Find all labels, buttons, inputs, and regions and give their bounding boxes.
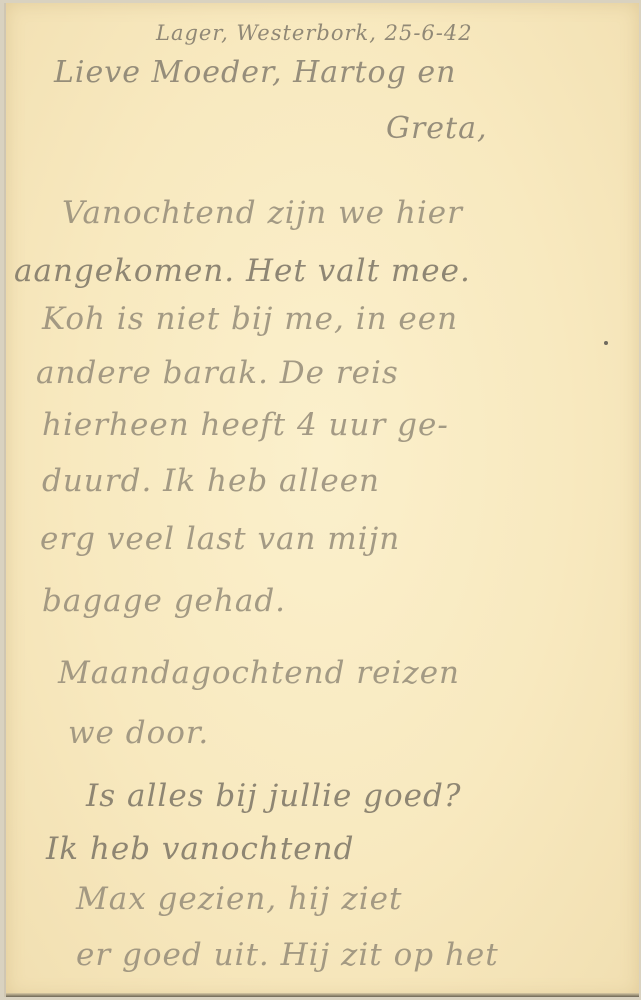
body-line: er goed uit. Hij zit op het: [76, 937, 499, 973]
body-line: erg veel last van mijn: [40, 521, 400, 557]
body-line: Maandagochtend reizen: [58, 655, 460, 691]
body-line: we door.: [68, 715, 209, 751]
salutation-line-2: Greta,: [386, 111, 488, 146]
body-line: bagage gehad.: [42, 583, 286, 619]
body-line: Max gezien, hij ziet: [76, 881, 402, 917]
body-line: Is alles bij jullie goed?: [86, 778, 462, 814]
body-line: duurd. Ik heb alleen: [42, 463, 380, 499]
body-line: hierheen heeft 4 uur ge-: [42, 407, 449, 443]
paper-speck: [604, 341, 608, 345]
body-line: andere barak. De reis: [36, 355, 399, 391]
postcard: Lager, Westerbork, 25-6-42 Lieve Moeder,…: [4, 3, 639, 997]
salutation-line-1: Lieve Moeder, Hartog en: [54, 55, 456, 90]
body-line: aangekomen. Het valt mee.: [14, 253, 471, 289]
body-line: Ik heb vanochtend: [46, 831, 354, 867]
body-line: Koh is niet bij me, in een: [42, 301, 458, 337]
place-date-line: Lager, Westerbork, 25-6-42: [156, 21, 473, 45]
body-line: Vanochtend zijn we hier: [62, 195, 463, 231]
